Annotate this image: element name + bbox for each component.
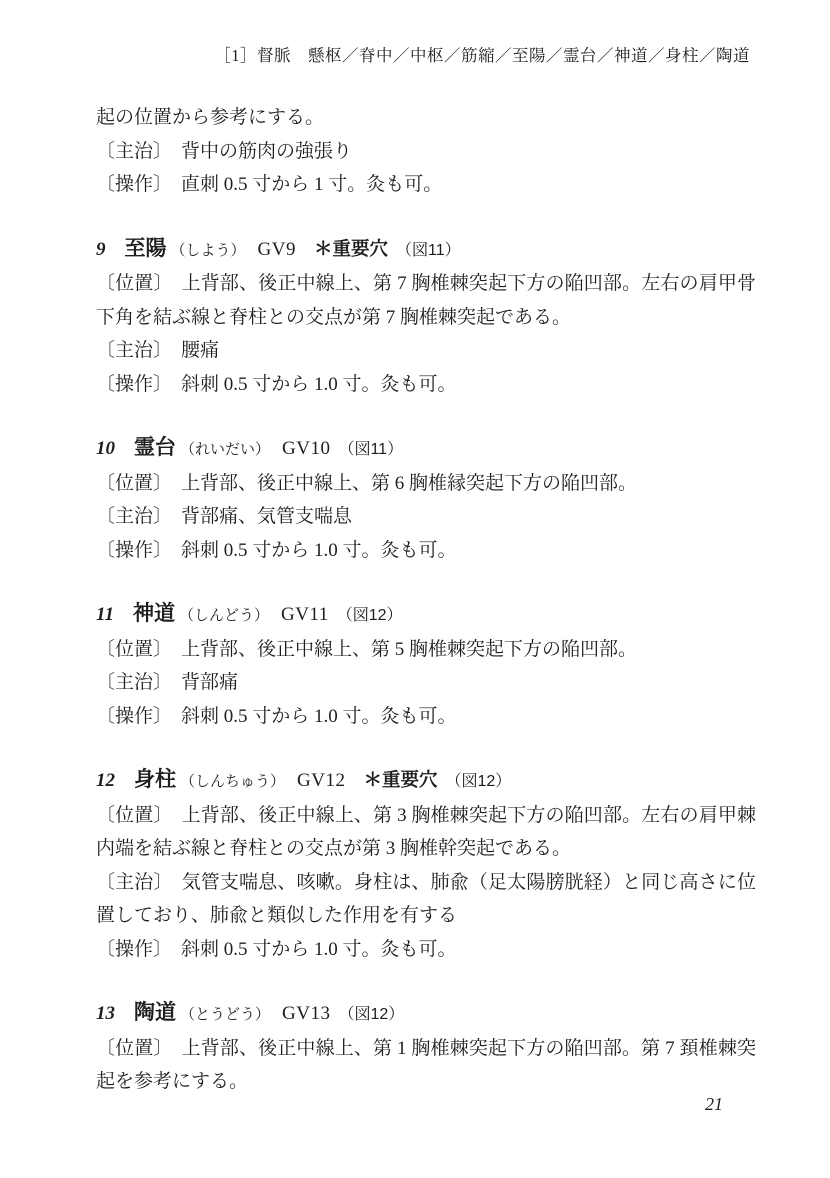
content: 起の位置から参考にする。〔主治〕背中の筋肉の強張り〔操作〕直刺 0.5 寸から … bbox=[96, 101, 756, 1099]
entry-text: 上背部、後正中線上、第 7 胸椎棘突起下方の陥凹部。左右の肩甲骨下角を結ぶ線と脊… bbox=[96, 273, 756, 328]
entry-line: 〔主治〕背部痛、気管支喘息 bbox=[96, 500, 756, 534]
page-number: 21 bbox=[705, 1094, 723, 1115]
figure-reference: （図11） bbox=[396, 242, 461, 259]
entry-text: 斜刺 0.5 寸から 1.0 寸。灸も可。 bbox=[181, 939, 457, 960]
book-page: ［1］督脈 懸枢／脊中／中枢／筋縮／至陽／霊台／神道／身柱／陶道 起の位置から参… bbox=[0, 0, 830, 1178]
point-code: GV9 bbox=[258, 239, 296, 260]
entry-label: 〔主治〕 bbox=[96, 506, 181, 527]
point-reading: （れいだい） bbox=[180, 441, 270, 458]
point-name: 陶道 bbox=[134, 1001, 176, 1024]
entry-line: 〔位置〕上背部、後正中線上、第 6 胸椎縁突起下方の陥凹部。 bbox=[96, 467, 756, 501]
point-number: 10 bbox=[96, 438, 115, 459]
entry-line: 〔位置〕上背部、後正中線上、第 1 胸椎棘突起下方の陥凹部。第 7 頚椎棘突起を… bbox=[96, 1032, 756, 1099]
carryover-line: 起の位置から参考にする。 bbox=[96, 101, 756, 135]
entry-line: 〔操作〕斜刺 0.5 寸から 1.0 寸。灸も可。 bbox=[96, 933, 756, 967]
entry-label: 〔位置〕 bbox=[96, 639, 181, 660]
entry-text: 背部痛 bbox=[181, 672, 238, 693]
section-gv11: 11神道（しんどう）GV11（図12）〔位置〕上背部、後正中線上、第 5 胸椎棘… bbox=[96, 597, 756, 733]
section-heading: 12身柱（しんちゅう）GV12＊重要穴（図12） bbox=[96, 763, 756, 799]
entry-line: 〔主治〕腰痛 bbox=[96, 334, 756, 368]
figure-reference: （図12） bbox=[445, 773, 511, 790]
entry-line: 〔位置〕上背部、後正中線上、第 5 胸椎棘突起下方の陥凹部。 bbox=[96, 633, 756, 667]
figure-reference: （図12） bbox=[337, 607, 403, 624]
entry-line: 〔主治〕背部痛 bbox=[96, 666, 756, 700]
entry-line: 〔主治〕気管支喘息、咳嗽。身柱は、肺兪（足太陽膀胱経）と同じ高さに位置しており、… bbox=[96, 866, 756, 933]
entry-line: 〔操作〕斜刺 0.5 寸から 1.0 寸。灸も可。 bbox=[96, 700, 756, 734]
entry-label: 〔操作〕 bbox=[96, 374, 181, 395]
point-code: GV13 bbox=[282, 1003, 330, 1024]
entry-line: 〔操作〕斜刺 0.5 寸から 1.0 寸。灸も可。 bbox=[96, 534, 756, 568]
entry-label: 〔主治〕 bbox=[96, 672, 181, 693]
entry-label: 〔主治〕 bbox=[96, 141, 181, 162]
entry-text: 斜刺 0.5 寸から 1.0 寸。灸も可。 bbox=[181, 540, 457, 561]
entry-label: 〔操作〕 bbox=[96, 939, 181, 960]
entry-text: 気管支喘息、咳嗽。身柱は、肺兪（足太陽膀胱経）と同じ高さに位置しており、肺兪と類… bbox=[96, 872, 756, 927]
entry-label: 〔主治〕 bbox=[96, 872, 182, 893]
entry-line: 〔位置〕上背部、後正中線上、第 7 胸椎棘突起下方の陥凹部。左右の肩甲骨下角を結… bbox=[96, 267, 756, 334]
point-reading: （しんちゅう） bbox=[180, 773, 285, 790]
carryover-block: 起の位置から参考にする。〔主治〕背中の筋肉の強張り〔操作〕直刺 0.5 寸から … bbox=[96, 101, 756, 202]
entry-line: 〔操作〕直刺 0.5 寸から 1 寸。灸も可。 bbox=[96, 168, 756, 202]
entry-label: 〔位置〕 bbox=[96, 1038, 182, 1059]
entry-text: 腰痛 bbox=[181, 340, 219, 361]
entry-label: 〔位置〕 bbox=[96, 273, 182, 294]
entry-label: 〔操作〕 bbox=[96, 174, 181, 195]
entry-text: 上背部、後正中線上、第 6 胸椎縁突起下方の陥凹部。 bbox=[181, 473, 637, 494]
point-number: 11 bbox=[96, 604, 114, 625]
point-name: 霊台 bbox=[134, 436, 176, 459]
section-heading: 11神道（しんどう）GV11（図12） bbox=[96, 597, 756, 633]
point-number: 9 bbox=[96, 239, 106, 260]
section-heading: 13陶道（とうどう）GV13（図12） bbox=[96, 996, 756, 1032]
entry-label: 〔操作〕 bbox=[96, 540, 181, 561]
entry-line: 〔位置〕上背部、後正中線上、第 3 胸椎棘突起下方の陥凹部。左右の肩甲棘内端を結… bbox=[96, 799, 756, 866]
important-point-badge: ＊重要穴 bbox=[363, 769, 437, 790]
entry-label: 〔操作〕 bbox=[96, 706, 181, 727]
entry-text: 斜刺 0.5 寸から 1.0 寸。灸も可。 bbox=[181, 374, 457, 395]
entry-text: 直刺 0.5 寸から 1 寸。灸も可。 bbox=[181, 174, 442, 195]
point-code: GV11 bbox=[281, 604, 329, 625]
point-name: 身柱 bbox=[134, 768, 176, 791]
entry-text: 上背部、後正中線上、第 1 胸椎棘突起下方の陥凹部。第 7 頚椎棘突起を参考にす… bbox=[96, 1038, 756, 1093]
entry-text: 背中の筋肉の強張り bbox=[181, 141, 352, 162]
section-gv10: 10霊台（れいだい）GV10（図11）〔位置〕上背部、後正中線上、第 6 胸椎縁… bbox=[96, 431, 756, 567]
section-heading: 10霊台（れいだい）GV10（図11） bbox=[96, 431, 756, 467]
section-gv9: 9至陽（しよう）GV9＊重要穴（図11）〔位置〕上背部、後正中線上、第 7 胸椎… bbox=[96, 232, 756, 402]
entry-text: 上背部、後正中線上、第 3 胸椎棘突起下方の陥凹部。左右の肩甲棘内端を結ぶ線と脊… bbox=[96, 805, 756, 860]
point-name: 神道 bbox=[133, 602, 175, 625]
entry-text: 斜刺 0.5 寸から 1.0 寸。灸も可。 bbox=[181, 706, 457, 727]
section-gv12: 12身柱（しんちゅう）GV12＊重要穴（図12）〔位置〕上背部、後正中線上、第 … bbox=[96, 763, 756, 966]
point-reading: （しよう） bbox=[171, 242, 246, 259]
entry-text: 背部痛、気管支喘息 bbox=[181, 506, 352, 527]
entry-line: 〔主治〕背中の筋肉の強張り bbox=[96, 135, 756, 169]
entry-label: 〔位置〕 bbox=[96, 805, 182, 826]
entry-line: 〔操作〕斜刺 0.5 寸から 1.0 寸。灸も可。 bbox=[96, 368, 756, 402]
entry-label: 〔位置〕 bbox=[96, 473, 181, 494]
point-name: 至陽 bbox=[125, 237, 167, 260]
point-reading: （とうどう） bbox=[180, 1006, 270, 1023]
section-heading: 9至陽（しよう）GV9＊重要穴（図11） bbox=[96, 232, 756, 268]
section-gv13: 13陶道（とうどう）GV13（図12）〔位置〕上背部、後正中線上、第 1 胸椎棘… bbox=[96, 996, 756, 1099]
important-point-badge: ＊重要穴 bbox=[314, 238, 388, 259]
point-number: 13 bbox=[96, 1003, 115, 1024]
point-number: 12 bbox=[96, 770, 115, 791]
point-code: GV10 bbox=[282, 438, 330, 459]
entry-label: 〔主治〕 bbox=[96, 340, 181, 361]
figure-reference: （図11） bbox=[338, 441, 403, 458]
point-code: GV12 bbox=[297, 770, 345, 791]
running-header: ［1］督脈 懸枢／脊中／中枢／筋縮／至陽／霊台／神道／身柱／陶道 bbox=[96, 46, 750, 66]
point-reading: （しんどう） bbox=[179, 607, 269, 624]
entry-text: 上背部、後正中線上、第 5 胸椎棘突起下方の陥凹部。 bbox=[181, 639, 637, 660]
figure-reference: （図12） bbox=[338, 1006, 404, 1023]
